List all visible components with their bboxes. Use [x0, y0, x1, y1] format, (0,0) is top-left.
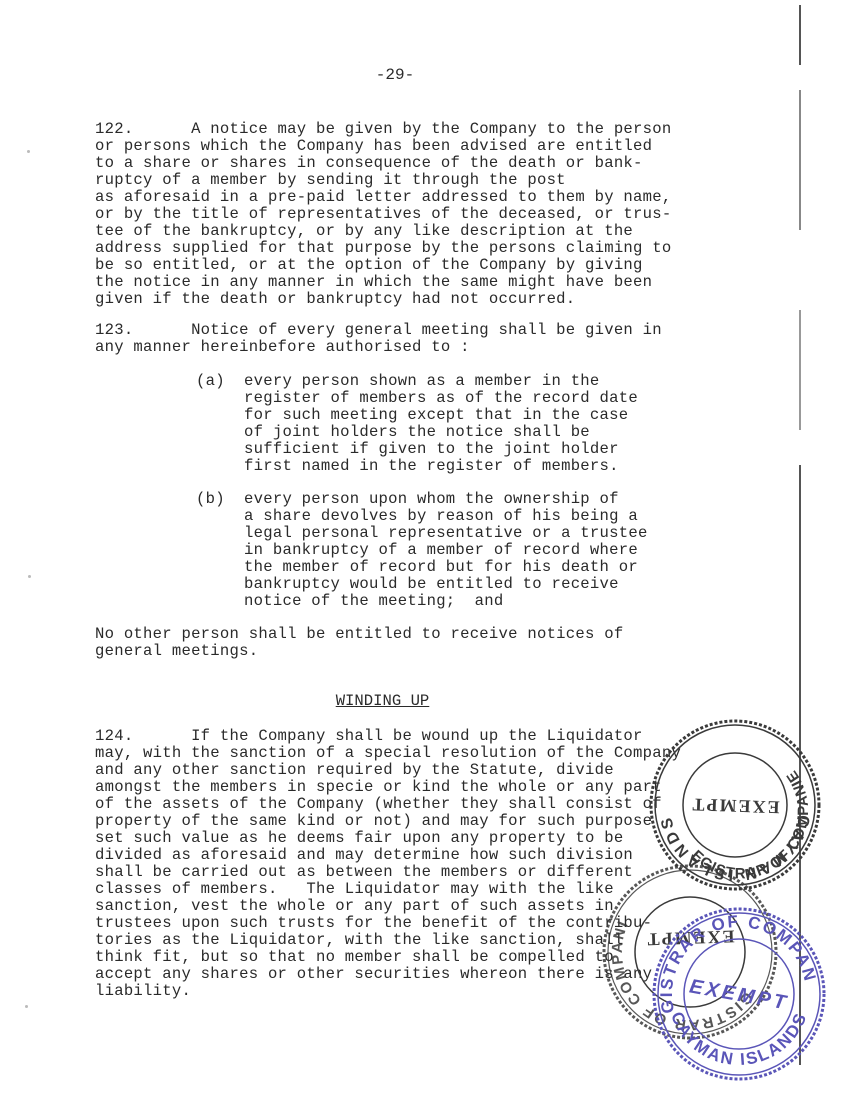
section-123-item-a-line: (a) every person shown as a member in th… [196, 373, 600, 390]
section-heading-winding-up: WINDING UP [0, 692, 765, 710]
section-123-item-b-line: a share devolves by reason of his being … [196, 508, 638, 525]
section-122-line: to a share or shares in consequence of t… [95, 155, 643, 172]
section-122-line: 122. A notice may be given by the Compan… [95, 121, 671, 138]
section-122-line: as aforesaid in a pre-paid letter addres… [95, 189, 671, 206]
section-124-line: tories as the Liquidator, with the like … [95, 932, 623, 949]
svg-text:EXEMPT: EXEMPT [688, 975, 791, 1014]
page-number: -29- [0, 66, 790, 84]
scan-speck [28, 575, 31, 578]
section-122-line: ruptcy of a member by sending it through… [95, 172, 566, 189]
section-122-line: address supplied for that purpose by the… [95, 240, 671, 257]
registrar-stamp-blue: REGISTRAR OF COMPANIES CAYMAN ISLANDS EX… [650, 905, 828, 1083]
scan-speck [27, 150, 30, 153]
section-124-line: trustees upon such trusts for the benefi… [95, 915, 652, 932]
section-124-line: 124. If the Company shall be wound up th… [95, 728, 643, 745]
section-123-item-a-line: sufficient if given to the joint holder [196, 441, 619, 458]
section-122-line: tee of the bankruptcy, or by any like de… [95, 223, 633, 240]
section-122-line: or by the title of representatives of th… [95, 206, 671, 223]
section-124-line: liability. [95, 983, 191, 1000]
section-124-line: shall be carried out as between the memb… [95, 864, 633, 881]
section-124-line: property of the same kind or not) and ma… [95, 813, 652, 830]
page-edge-line [799, 5, 801, 65]
section-124-line: accept any shares or other securities wh… [95, 966, 652, 983]
section-122-line: given if the death or bankruptcy had not… [95, 291, 575, 308]
section-123-item-b-line: bankruptcy would be entitled to receive [196, 576, 619, 593]
section-124-line: classes of members. The Liquidator may w… [95, 881, 614, 898]
section-122-line: or persons which the Company has been ad… [95, 138, 652, 155]
svg-text:EXEMPT: EXEMPT [690, 794, 780, 817]
section-123-item-b-line: the member of record but for his death o… [196, 559, 638, 576]
section-122-line: the notice in any manner in which the sa… [95, 274, 652, 291]
section-123-line: any manner hereinbefore authorised to : [95, 339, 470, 356]
section-124-line: of the assets of the Company (whether th… [95, 796, 662, 813]
section-123-item-b-line: (b) every person upon whom the ownership… [196, 491, 619, 508]
section-124-line: think fit, but so that no member shall b… [95, 949, 614, 966]
section-124-line: sanction, vest the whole or any part of … [95, 898, 614, 915]
scan-speck [25, 1005, 28, 1008]
section-123-line: 123. Notice of every general meeting sha… [95, 322, 662, 339]
section-123-item-b-line: legal personal representative or a trust… [196, 525, 648, 542]
section-122-line: be so entitled, or at the option of the … [95, 257, 643, 274]
section-123-item-b-line: notice of the meeting; and [196, 593, 503, 610]
page-edge-line [799, 310, 801, 430]
section-124-line: and any other sanction required by the S… [95, 762, 614, 779]
section-124-line: amongst the members in specie or kind th… [95, 779, 662, 796]
section-123-item-a-line: of joint holders the notice shall be [196, 424, 590, 441]
section-123-item-a-line: first named in the register of members. [196, 458, 619, 475]
section-123-closing-line: No other person shall be entitled to rec… [95, 626, 623, 643]
section-124-line: divided as aforesaid and may determine h… [95, 847, 633, 864]
section-123-item-a-line: for such meeting except that in the case [196, 407, 628, 424]
section-124-line: set such value as he deems fair upon any… [95, 830, 623, 847]
section-123-closing-line: general meetings. [95, 643, 258, 660]
section-123-item-b-line: in bankruptcy of a member of record wher… [196, 542, 638, 559]
section-123-item-a-line: register of members as of the record dat… [196, 390, 638, 407]
page-edge-line [799, 90, 801, 230]
svg-text:CAYMAN ISLANDS: CAYMAN ISLANDS [667, 1009, 811, 1069]
section-124-line: may, with the sanction of a special reso… [95, 745, 681, 762]
